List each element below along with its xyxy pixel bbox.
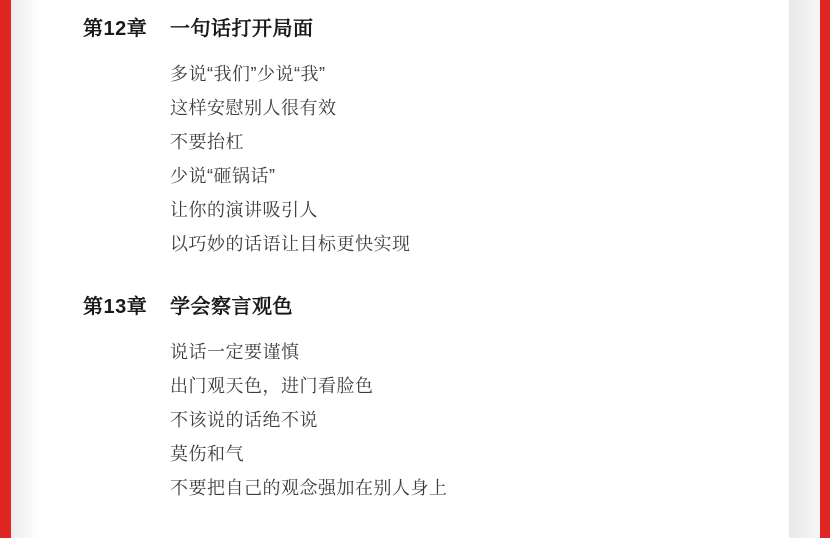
toc-item: 不要把自己的观念强加在别人身上 bbox=[170, 471, 789, 505]
left-shadow-band bbox=[11, 0, 40, 538]
chapter-13-section: 第13章学会察言观色 说话一定要谨慎 出门观天色，进门看脸色 不该说的话绝不说 … bbox=[40, 293, 789, 505]
toc-item: 多说“我们”少说“我” bbox=[170, 57, 789, 91]
chapter-12-number: 第12章 bbox=[83, 15, 170, 43]
toc-content: 第12章一句话打开局面 多说“我们”少说“我” 这样安慰别人很有效 不要抬杠 少… bbox=[40, 0, 789, 538]
toc-item: 不该说的话绝不说 bbox=[170, 403, 789, 437]
chapter-13-number: 第13章 bbox=[83, 293, 170, 321]
toc-item: 出门观天色，进门看脸色 bbox=[170, 369, 789, 403]
toc-item: 说话一定要谨慎 bbox=[170, 335, 789, 369]
chapter-13-title: 学会察言观色 bbox=[170, 296, 293, 318]
chapter-12-item-list: 多说“我们”少说“我” 这样安慰别人很有效 不要抬杠 少说“砸锅话” 让你的演讲… bbox=[40, 57, 789, 261]
toc-item: 少说“砸锅话” bbox=[170, 159, 789, 193]
chapter-12-title: 一句话打开局面 bbox=[170, 18, 314, 40]
toc-item: 以巧妙的话语让目标更快实现 bbox=[170, 227, 789, 261]
right-shadow-band bbox=[789, 0, 820, 538]
chapter-12-section: 第12章一句话打开局面 多说“我们”少说“我” 这样安慰别人很有效 不要抬杠 少… bbox=[40, 15, 789, 261]
toc-item: 这样安慰别人很有效 bbox=[170, 91, 789, 125]
toc-item: 让你的演讲吸引人 bbox=[170, 193, 789, 227]
chapter-12-heading: 第12章一句话打开局面 bbox=[40, 15, 789, 43]
chapter-13-heading: 第13章学会察言观色 bbox=[40, 293, 789, 321]
right-red-stripe bbox=[820, 0, 830, 538]
chapter-13-item-list: 说话一定要谨慎 出门观天色，进门看脸色 不该说的话绝不说 莫伤和气 不要把自己的… bbox=[40, 335, 789, 505]
toc-item: 莫伤和气 bbox=[170, 437, 789, 471]
book-toc-page: 第12章一句话打开局面 多说“我们”少说“我” 这样安慰别人很有效 不要抬杠 少… bbox=[0, 0, 830, 538]
left-red-stripe bbox=[0, 0, 11, 538]
toc-item: 不要抬杠 bbox=[170, 125, 789, 159]
